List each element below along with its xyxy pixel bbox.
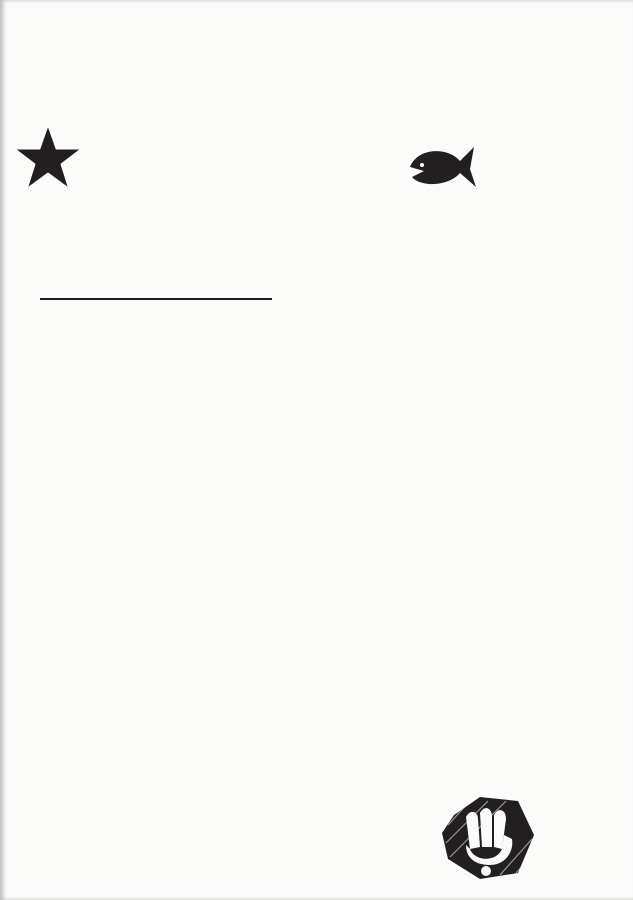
divider-line (40, 298, 272, 300)
zine-page (0, 0, 633, 900)
masthead-title (18, 14, 608, 122)
raised-fist-icon (440, 795, 536, 881)
article-body (40, 182, 620, 353)
star-icon (14, 126, 82, 188)
small-fish-icon (410, 147, 476, 187)
quote-heading (40, 233, 620, 246)
